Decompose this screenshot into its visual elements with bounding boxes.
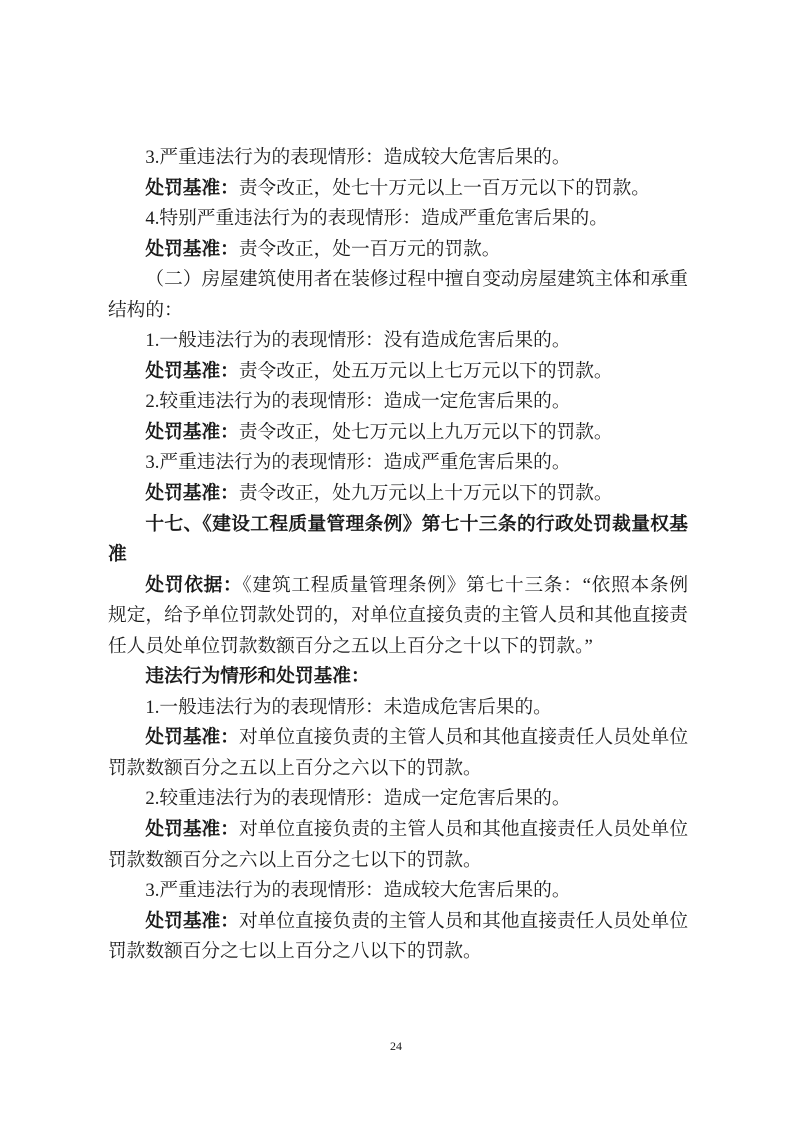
- text-line: 罚款数额百分之五以上百分之六以下的罚款。: [108, 754, 688, 785]
- bold-label: 十七、《建设工程质量管理条例》第七十三条的行政处罚裁量权基: [145, 514, 688, 535]
- text-line: 处罚基准：对单位直接负责的主管人员和其他直接责任人员处单位: [108, 815, 688, 846]
- text-run: 3.严重违法行为的表现情形：造成较大危害后果的。: [145, 147, 570, 168]
- text-run: 任人员处单位罚款数额百分之五以上百分之十以下的罚款。”: [108, 636, 593, 657]
- text-run: 1.一般违法行为的表现情形：未造成危害后果的。: [145, 697, 551, 718]
- bold-label: 处罚基准：: [145, 239, 238, 260]
- text-run: 规定，给予单位罚款处罚的，对单位直接负责的主管人员和其他直接责: [108, 605, 688, 626]
- document-page: 3.严重违法行为的表现情形：造成较大危害后果的。处罚基准：责令改正，处七十万元以…: [0, 0, 792, 1121]
- bold-label: 处罚基准：: [145, 178, 238, 199]
- text-line: 罚款数额百分之六以上百分之七以下的罚款。: [108, 846, 688, 877]
- text-line: 3.严重违法行为的表现情形：造成较大危害后果的。: [108, 876, 688, 907]
- text-line: 罚款数额百分之七以上百分之八以下的罚款。: [108, 937, 688, 968]
- text-line: 1.一般违法行为的表现情形：未造成危害后果的。: [108, 693, 688, 724]
- text-line: （二）房屋建筑使用者在装修过程中擅自变动房屋建筑主体和承重: [108, 265, 688, 296]
- text-line: 2.较重违法行为的表现情形：造成一定危害后果的。: [108, 784, 688, 815]
- text-line: 处罚基准：责令改正，处五万元以上七万元以下的罚款。: [108, 357, 688, 388]
- text-line: 处罚基准：责令改正，处一百万元的罚款。: [108, 235, 688, 266]
- text-run: 责令改正，处五万元以上七万元以下的罚款。: [239, 361, 613, 382]
- text-run: 《建筑工程质量管理条例》第七十三条：“依照本条例: [242, 575, 688, 596]
- text-run: 结构的：: [108, 300, 183, 321]
- page-number: 24: [0, 1039, 792, 1054]
- text-line: 4.特别严重违法行为的表现情形：造成严重危害后果的。: [108, 204, 688, 235]
- bold-label: 处罚基准：: [145, 727, 239, 748]
- bold-label: 处罚基准：: [145, 819, 239, 840]
- text-line: 1.一般违法行为的表现情形：没有造成危害后果的。: [108, 326, 688, 357]
- text-run: 责令改正，处九万元以上十万元以下的罚款。: [239, 483, 613, 504]
- text-line: 处罚依据：《建筑工程质量管理条例》第七十三条：“依照本条例: [108, 571, 688, 602]
- bold-label: 处罚依据：: [145, 575, 242, 596]
- text-line: 处罚基准：责令改正，处九万元以上十万元以下的罚款。: [108, 479, 688, 510]
- text-line: 处罚基准：责令改正，处七十万元以上一百万元以下的罚款。: [108, 174, 688, 205]
- bold-label: 准: [108, 544, 127, 565]
- text-run: 2.较重违法行为的表现情形：造成一定危害后果的。: [145, 788, 570, 809]
- text-run: 对单位直接负责的主管人员和其他直接责任人员处单位: [239, 911, 688, 932]
- text-run: 对单位直接负责的主管人员和其他直接责任人员处单位: [239, 819, 688, 840]
- text-line: 处罚基准：责令改正，处七万元以上九万元以下的罚款。: [108, 418, 688, 449]
- text-run: 责令改正，处七十万元以上一百万元以下的罚款。: [239, 178, 650, 199]
- text-line: 2.较重违法行为的表现情形：造成一定危害后果的。: [108, 387, 688, 418]
- text-line: 任人员处单位罚款数额百分之五以上百分之十以下的罚款。”: [108, 632, 688, 663]
- text-run: 3.严重违法行为的表现情形：造成严重危害后果的。: [145, 452, 570, 473]
- text-line: 准: [108, 540, 688, 571]
- text-run: 责令改正，处七万元以上九万元以下的罚款。: [239, 422, 613, 443]
- bold-label: 处罚基准：: [145, 361, 238, 382]
- text-run: 责令改正，处一百万元的罚款。: [239, 239, 501, 260]
- text-line: 结构的：: [108, 296, 688, 327]
- text-line: 处罚基准：对单位直接负责的主管人员和其他直接责任人员处单位: [108, 723, 688, 754]
- bold-label: 处罚基准：: [145, 422, 238, 443]
- text-run: 4.特别严重违法行为的表现情形：造成严重危害后果的。: [145, 208, 608, 229]
- text-run: 1.一般违法行为的表现情形：没有造成危害后果的。: [145, 330, 570, 351]
- text-line: 处罚基准：对单位直接负责的主管人员和其他直接责任人员处单位: [108, 907, 688, 938]
- text-run: 对单位直接负责的主管人员和其他直接责任人员处单位: [239, 727, 688, 748]
- text-run: 2.较重违法行为的表现情形：造成一定危害后果的。: [145, 391, 570, 412]
- bold-label: 处罚基准：: [145, 911, 239, 932]
- text-run: 罚款数额百分之七以上百分之八以下的罚款。: [108, 941, 482, 962]
- text-run: （二）房屋建筑使用者在装修过程中擅自变动房屋建筑主体和承重: [145, 269, 688, 290]
- text-line: 3.严重违法行为的表现情形：造成较大危害后果的。: [108, 143, 688, 174]
- text-line: 十七、《建设工程质量管理条例》第七十三条的行政处罚裁量权基: [108, 510, 688, 541]
- text-line: 规定，给予单位罚款处罚的，对单位直接负责的主管人员和其他直接责: [108, 601, 688, 632]
- text-line: 违法行为情形和处罚基准：: [108, 662, 688, 693]
- bold-label: 违法行为情形和处罚基准：: [145, 666, 369, 687]
- text-run: 罚款数额百分之五以上百分之六以下的罚款。: [108, 758, 482, 779]
- bold-label: 处罚基准：: [145, 483, 238, 504]
- text-line: 3.严重违法行为的表现情形：造成严重危害后果的。: [108, 448, 688, 479]
- text-body: 3.严重违法行为的表现情形：造成较大危害后果的。处罚基准：责令改正，处七十万元以…: [108, 143, 688, 968]
- text-run: 3.严重违法行为的表现情形：造成较大危害后果的。: [145, 880, 570, 901]
- text-run: 罚款数额百分之六以上百分之七以下的罚款。: [108, 850, 482, 871]
